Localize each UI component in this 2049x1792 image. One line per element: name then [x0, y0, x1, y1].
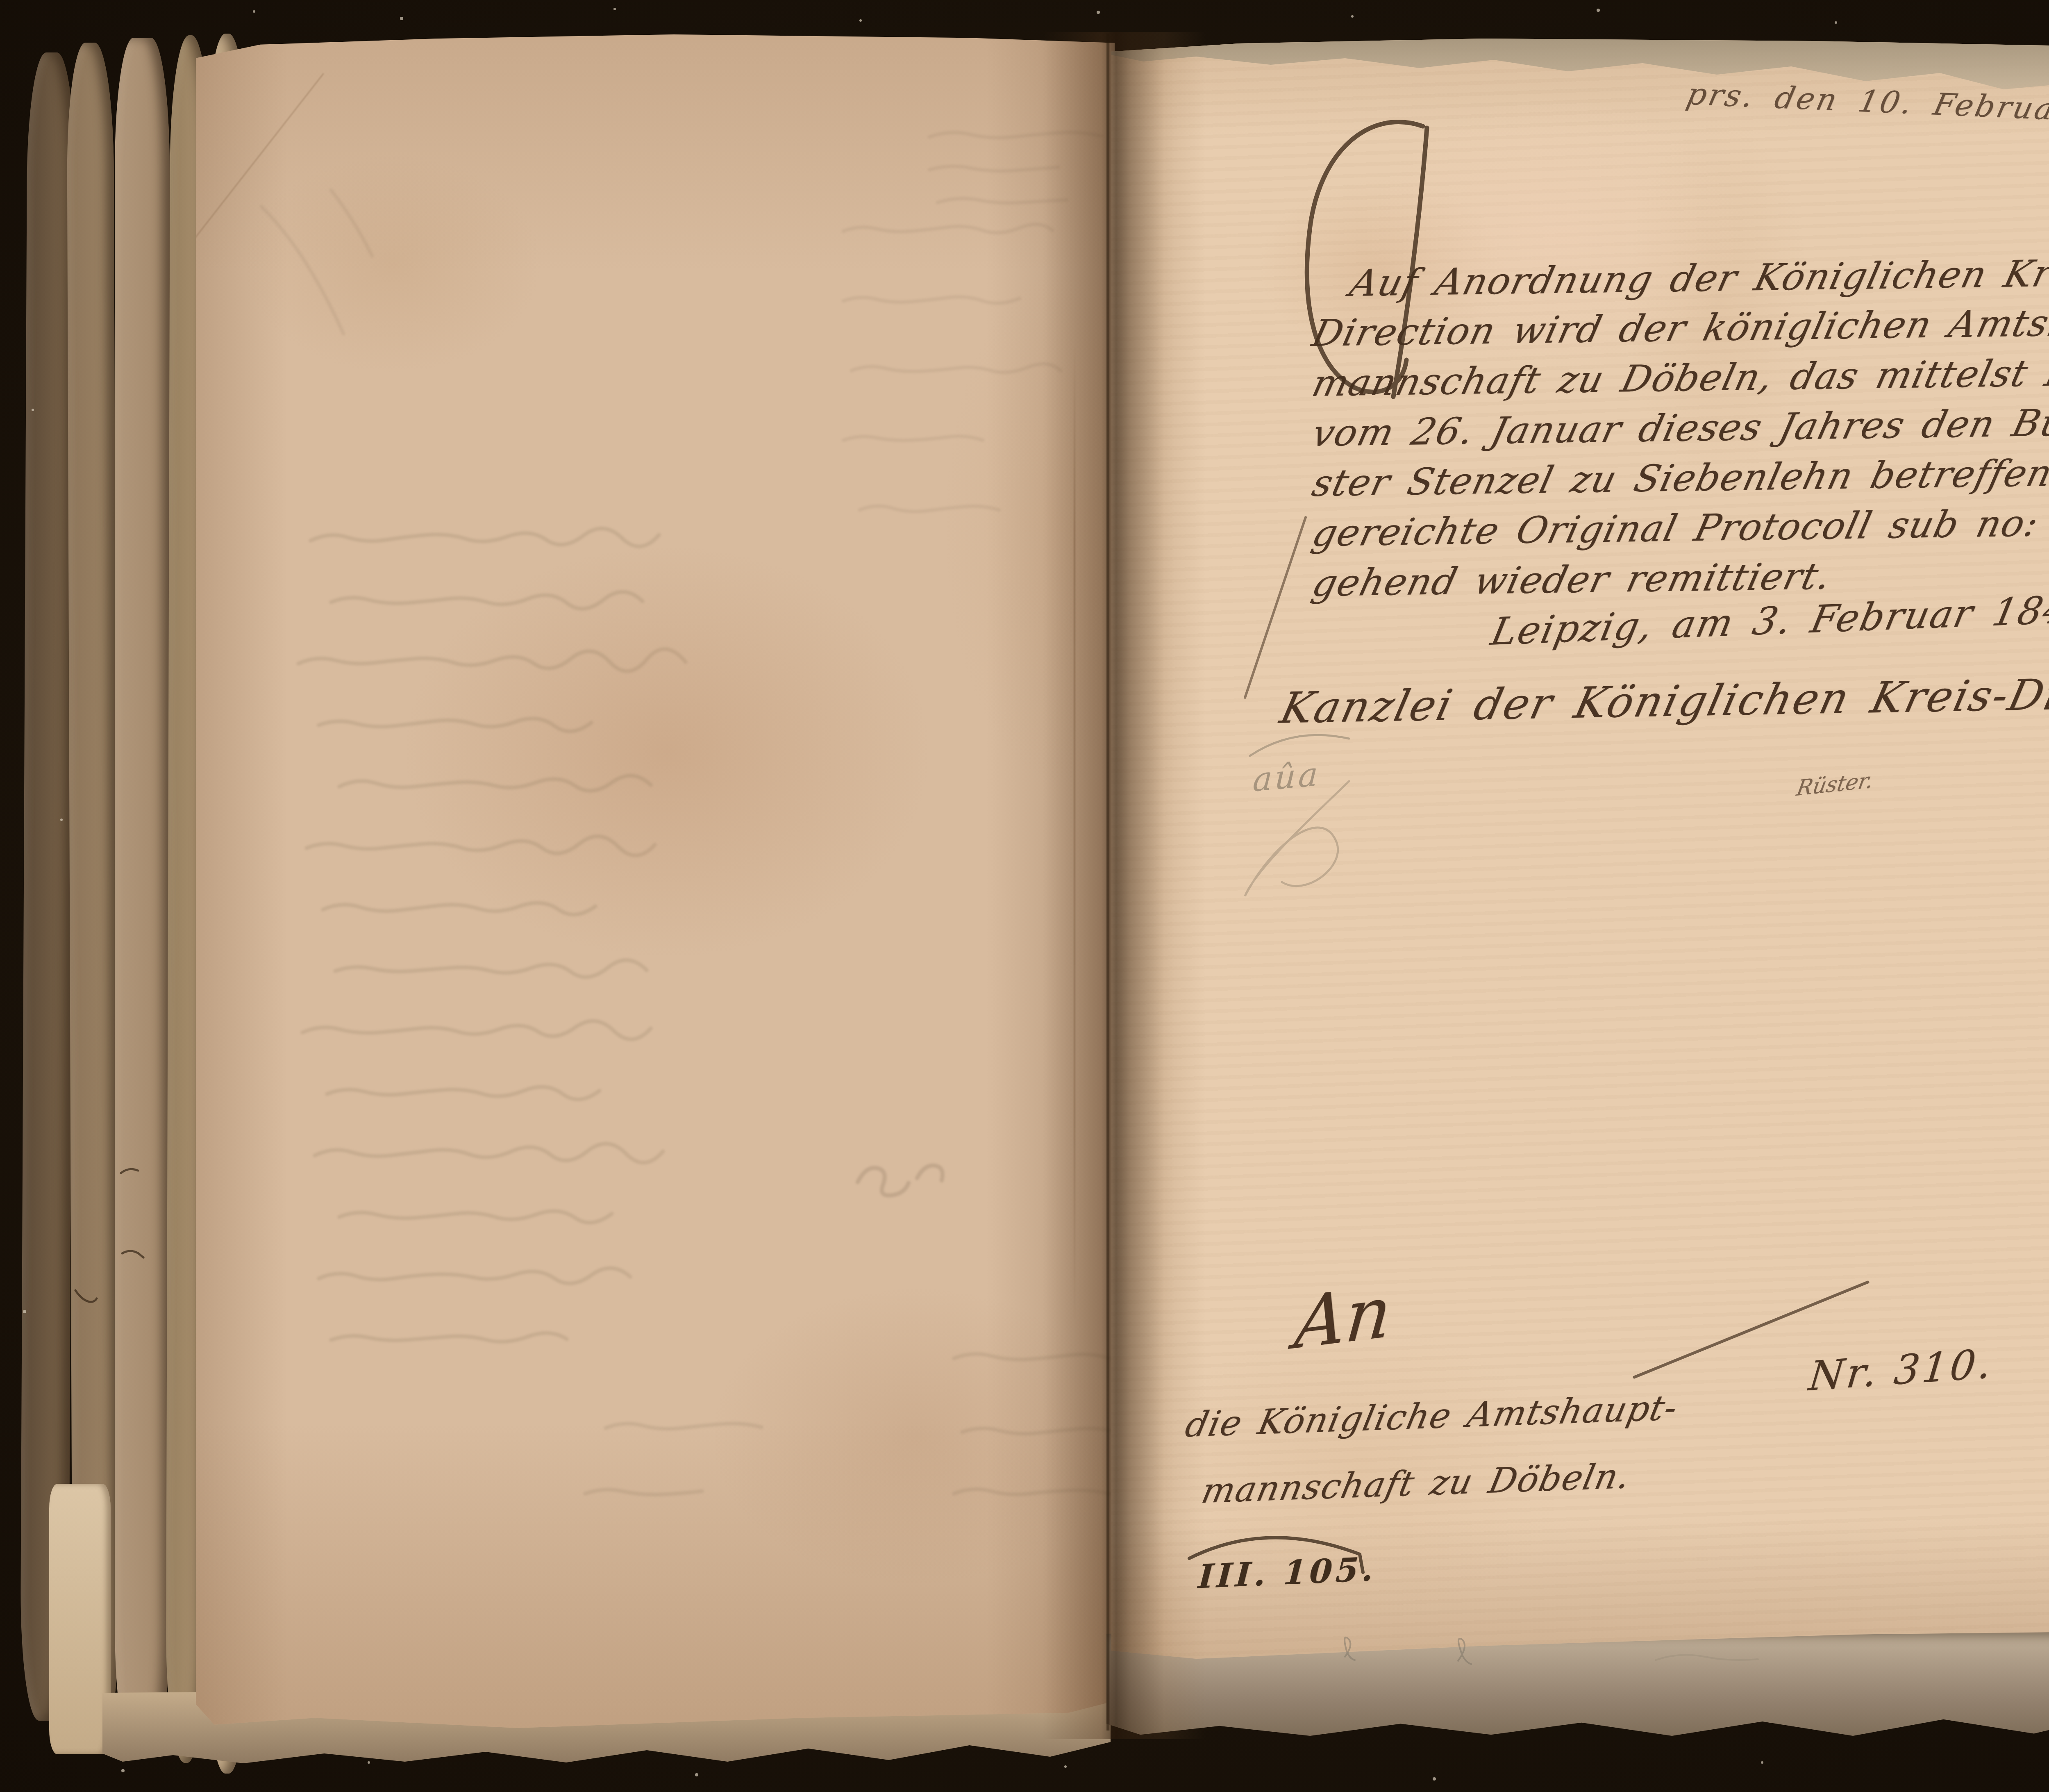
body-line: vom 26. Januar dieses Jahres den Bürgerm…: [1308, 399, 2049, 455]
address-salutation: An: [1292, 1270, 1395, 1365]
body-line: gehend wieder remittiert.: [1308, 555, 1835, 605]
body-line: gereichte Original Protocoll sub no: 232…: [1308, 499, 2049, 555]
right-page: prs. den 10. Februar 1840. 90 Auf Anordn…: [1111, 39, 2049, 1664]
body-line: Direction wird der königlichen Amtshaupt…: [1308, 300, 2049, 355]
body-line: Auf Anordnung der Königlichen Kreis-: [1346, 251, 2049, 305]
gutter-shadow: [1043, 32, 1252, 1739]
body-line: ster Stenzel zu Siebenlehn betreffend, e…: [1308, 450, 2049, 505]
left-page: [196, 34, 1115, 1728]
archival-book-scan: prs. den 10. Februar 1840. 90 Auf Anordn…: [0, 0, 2049, 1792]
issuer-line: Kanzlei der Königlichen Kreis-Direction.: [1276, 666, 2049, 733]
address-line: die Königliche Amtshaupt-: [1182, 1387, 1682, 1445]
left-page-stub: [115, 38, 170, 1755]
gutter-fold-line: [1106, 34, 1109, 1731]
bleed-through-handwriting: [196, 34, 1115, 1728]
clerk-signature: Rüster.: [1795, 768, 1875, 801]
left-page-stub: [49, 1484, 111, 1754]
body-line: mannschaft zu Döbeln, das mittelst Beric…: [1308, 350, 2049, 405]
document-number: Nr. 310.: [1806, 1340, 1995, 1401]
address-line: mannschaft zu Döbeln.: [1198, 1455, 1634, 1511]
pencil-annotation: aûa: [1252, 755, 1321, 799]
